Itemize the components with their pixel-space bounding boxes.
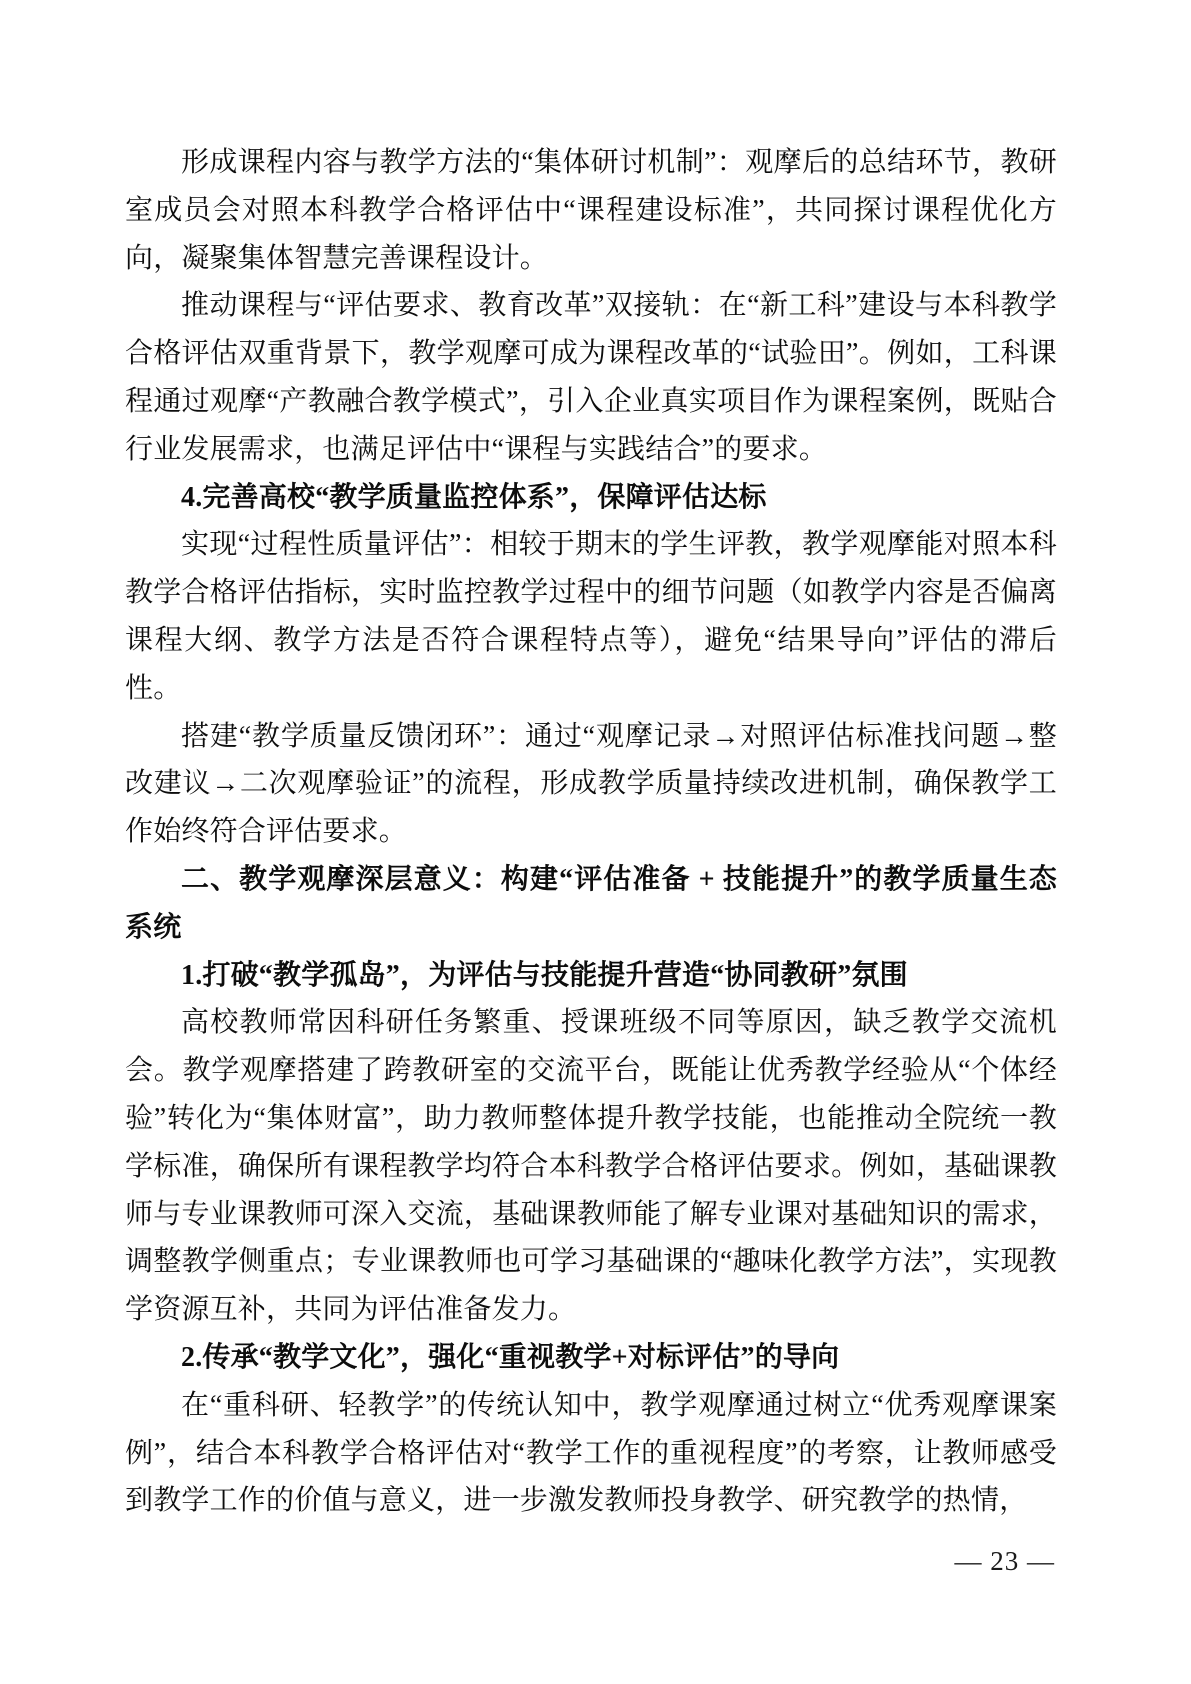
sub-heading-2: 2.传承“教学文化”，强化“重视教学+对标评估”的导向 [125, 1334, 1057, 1382]
body-paragraph: 在“重科研、轻教学”的传统认知中，教学观摩通过树立“优秀观摩课案例”，结合本科教… [125, 1382, 1057, 1525]
body-paragraph: 搭建“教学质量反馈闭环”：通过“观摩记录→对照评估标准找问题→整改建议→二次观摩… [125, 713, 1057, 856]
page-number: — 23 — [955, 1545, 1056, 1577]
sub-heading-4: 4.完善高校“教学质量监控体系”，保障评估达标 [125, 474, 1057, 522]
body-paragraph: 推动课程与“评估要求、教育改革”双接轨：在“新工科”建设与本科教学合格评估双重背… [125, 282, 1057, 473]
body-paragraph: 实现“过程性质量评估”：相较于期末的学生评教，教学观摩能对照本科教学合格评估指标… [125, 521, 1057, 712]
section-heading-2: 二、教学观摩深层意义：构建“评估准备 + 技能提升”的教学质量生态系统 [125, 856, 1057, 952]
body-paragraph: 高校教师常因科研任务繁重、授课班级不同等原因，缺乏教学交流机会。教学观摩搭建了跨… [125, 999, 1057, 1334]
sub-heading-1: 1.打破“教学孤岛”，为评估与技能提升营造“协同教研”氛围 [125, 952, 1057, 1000]
body-paragraph: 形成课程内容与教学方法的“集体研讨机制”：观摩后的总结环节，教研室成员会对照本科… [125, 139, 1057, 282]
document-page: 形成课程内容与教学方法的“集体研讨机制”：观摩后的总结环节，教研室成员会对照本科… [0, 0, 1191, 1684]
document-body: 形成课程内容与教学方法的“集体研讨机制”：观摩后的总结环节，教研室成员会对照本科… [125, 139, 1057, 1525]
